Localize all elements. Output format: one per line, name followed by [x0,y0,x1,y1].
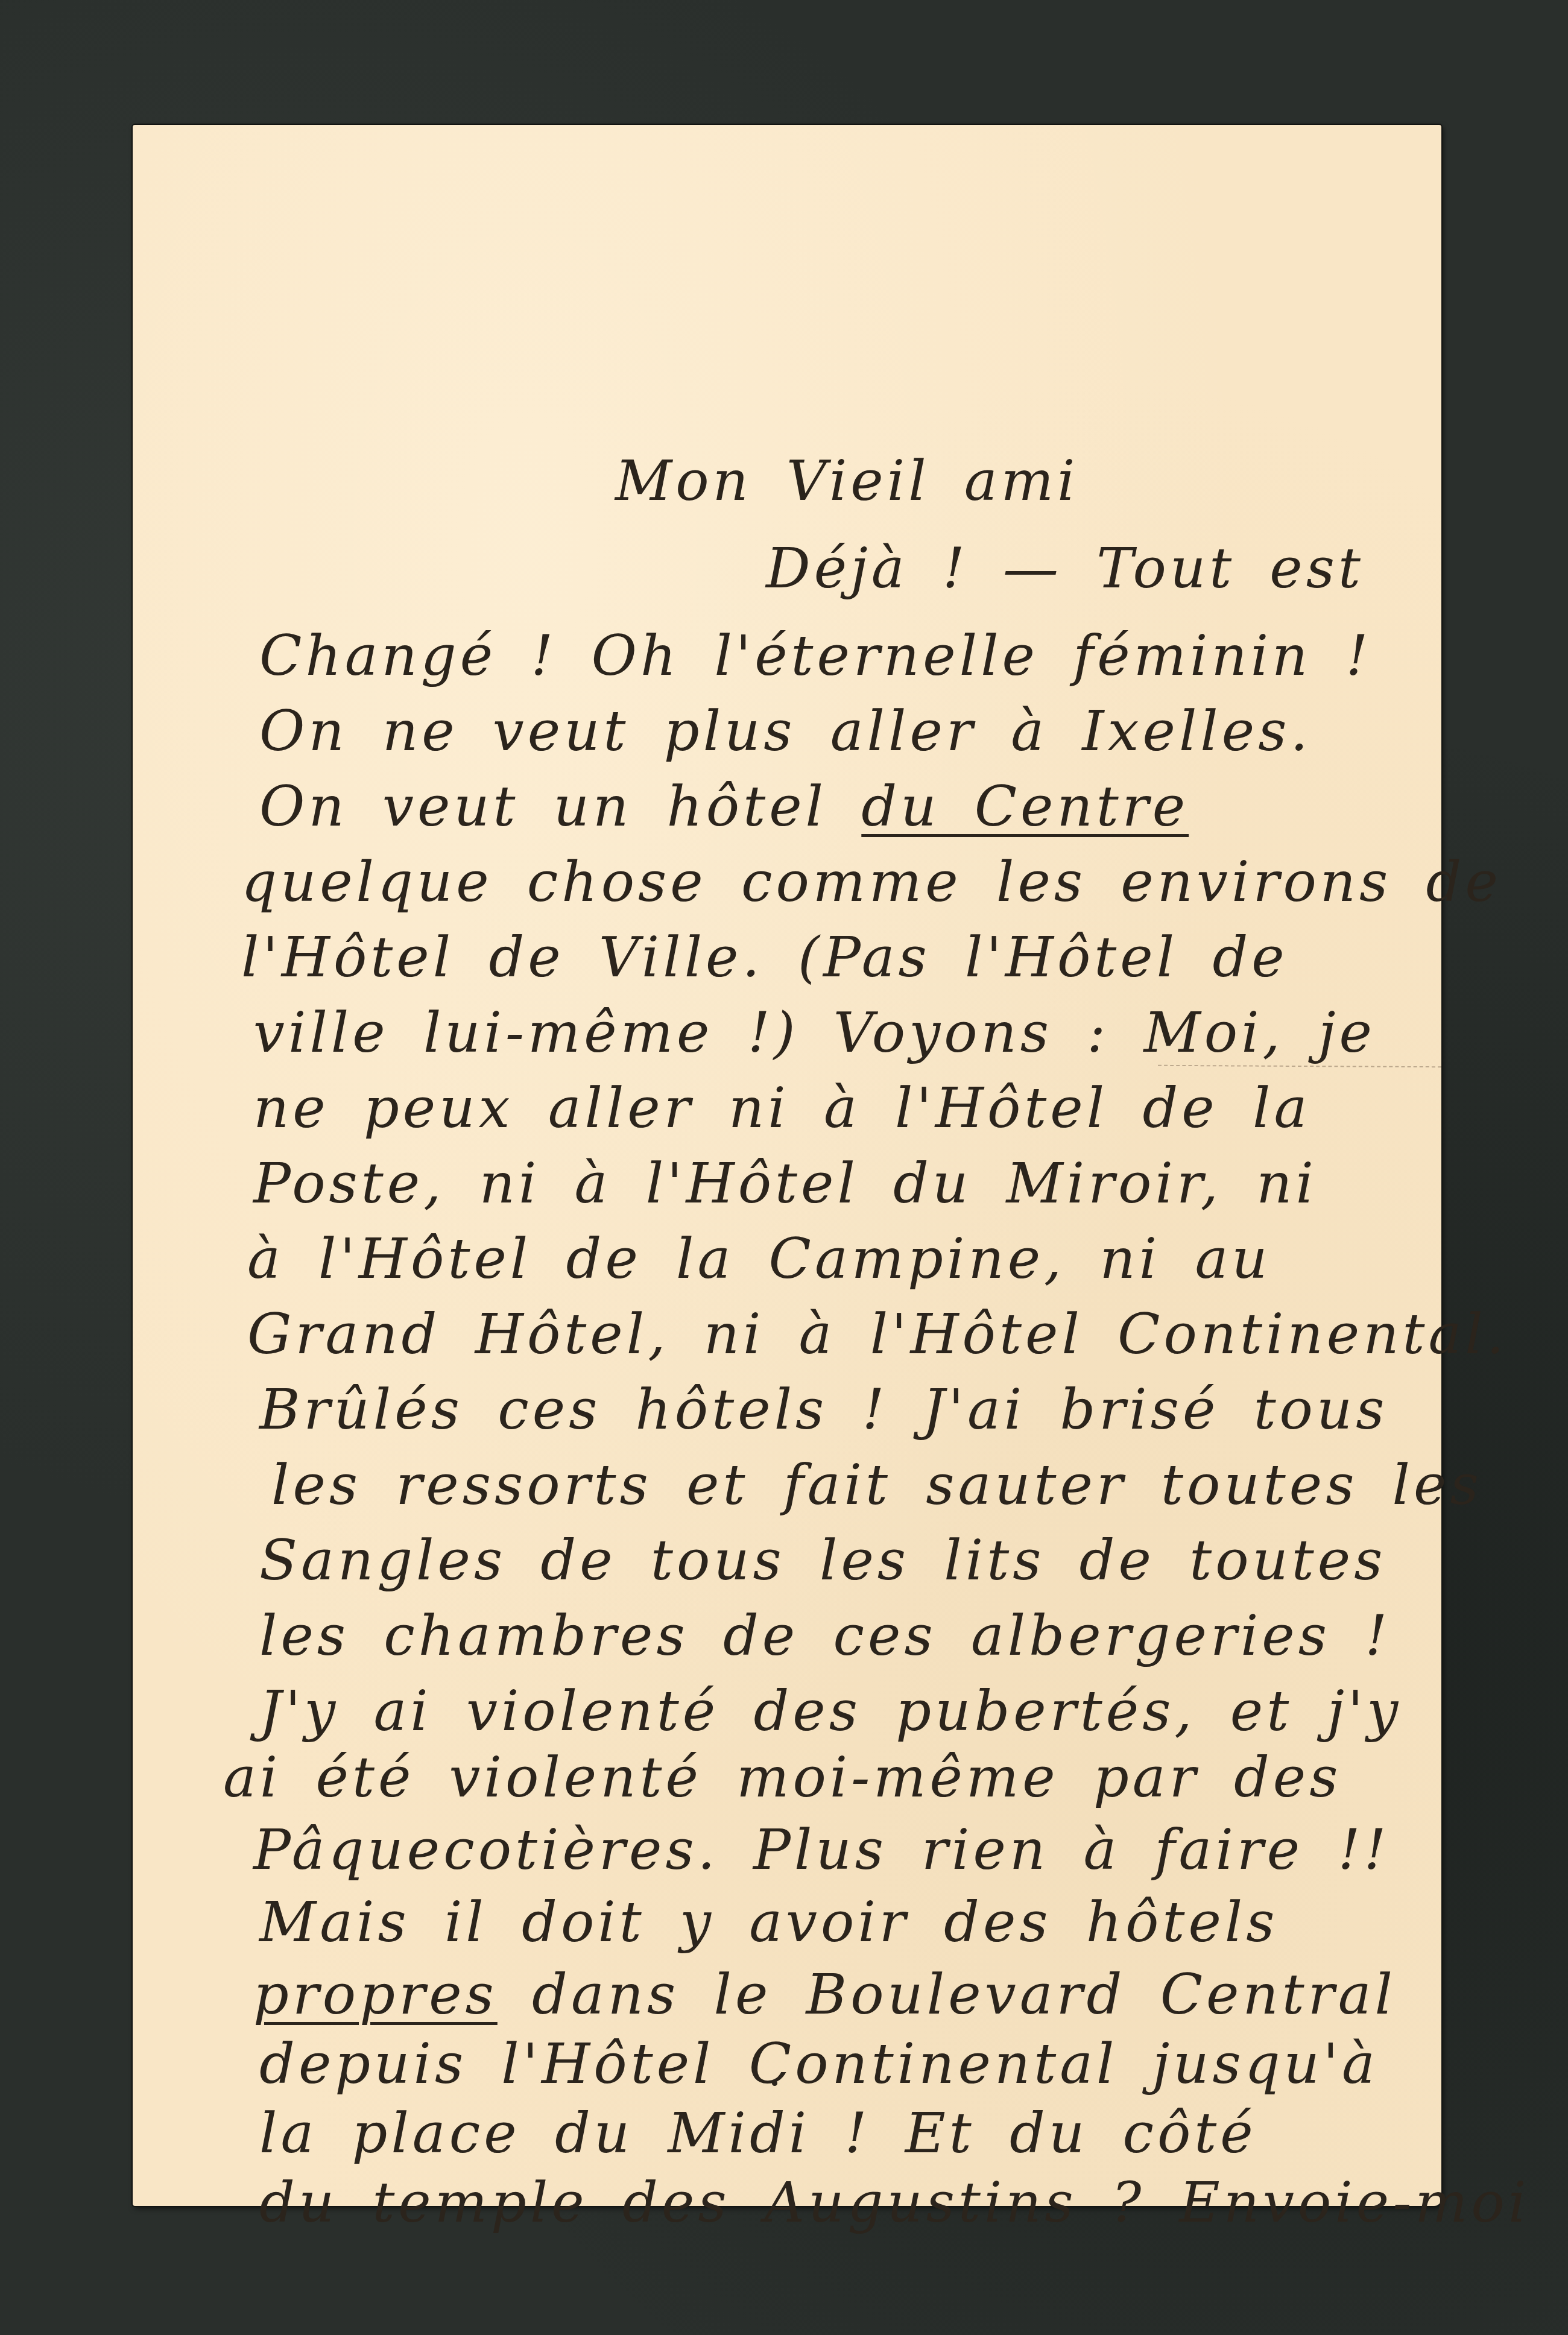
letter-line-21: depuis l'Hôtel Continental jusqu'à [259,2036,1379,2092]
letter-line-15: les chambres de ces albergeries ! [259,1608,1391,1664]
letter-line-12: Brûlés ces hôtels ! J'ai brisé tous [259,1382,1388,1438]
letter-line-3: On ne veut plus aller à Ixelles. [259,704,1312,759]
letter-line-14: Sangles de tous les lits de toutes [259,1533,1386,1588]
letter-line-6: l'Hôtel de Ville. (Pas l'Hôtel de [241,930,1288,985]
underlined-du-centre: du Centre [861,774,1189,839]
line-20-text: dans le Boulevard Central [498,1962,1396,2027]
salutation: Mon Vieil ami [615,453,1078,509]
letter-line-2: Changé ! Oh l'éternelle féminin ! [259,628,1372,684]
letter-line-8: ne peux aller ni à l'Hôtel de la [253,1081,1310,1136]
letter-line-18: Pâquecotières. Plus rien à faire !! [253,1822,1390,1878]
letter-line-23: du temple des Augustins ? Envoie-moi [259,2175,1529,2231]
letter-line-1: Déjà ! — Tout est [766,541,1364,596]
paper-fold-line [1158,1065,1441,1067]
ink-dot [772,2081,777,2086]
letter-line-5: quelque chose comme les environs de [241,855,1502,910]
letter-line-19: Mais il doit y avoir des hôtels [259,1895,1279,1950]
letter-line-4: On veut un hôtel du Centre [259,779,1189,835]
line-4-text: On veut un hôtel [259,774,861,839]
letter-page: Mon Vieil ami Déjà ! — Tout est Changé !… [133,125,1441,2206]
letter-line-17: ai été violenté moi-même par des [223,1750,1341,1806]
letter-line-10: à l'Hôtel de la Campine, ni au [247,1231,1271,1287]
letter-line-16: J'y ai violenté des pubertés, et j'y [259,1684,1402,1739]
letter-line-9: Poste, ni à l'Hôtel du Miroir, ni [253,1156,1317,1212]
letter-line-20: propres dans le Boulevard Central [253,1967,1396,2023]
letter-line-11: Grand Hôtel, ni à l'Hôtel Continental. [247,1307,1508,1362]
letter-line-22: la place du Midi ! Et du côté [259,2106,1257,2161]
underlined-propres: propres [253,1962,498,2027]
letter-line-7: ville lui-même !) Voyons : Moi, je [253,1005,1376,1061]
letter-line-13: les ressorts et fait sauter toutes les [271,1458,1482,1513]
